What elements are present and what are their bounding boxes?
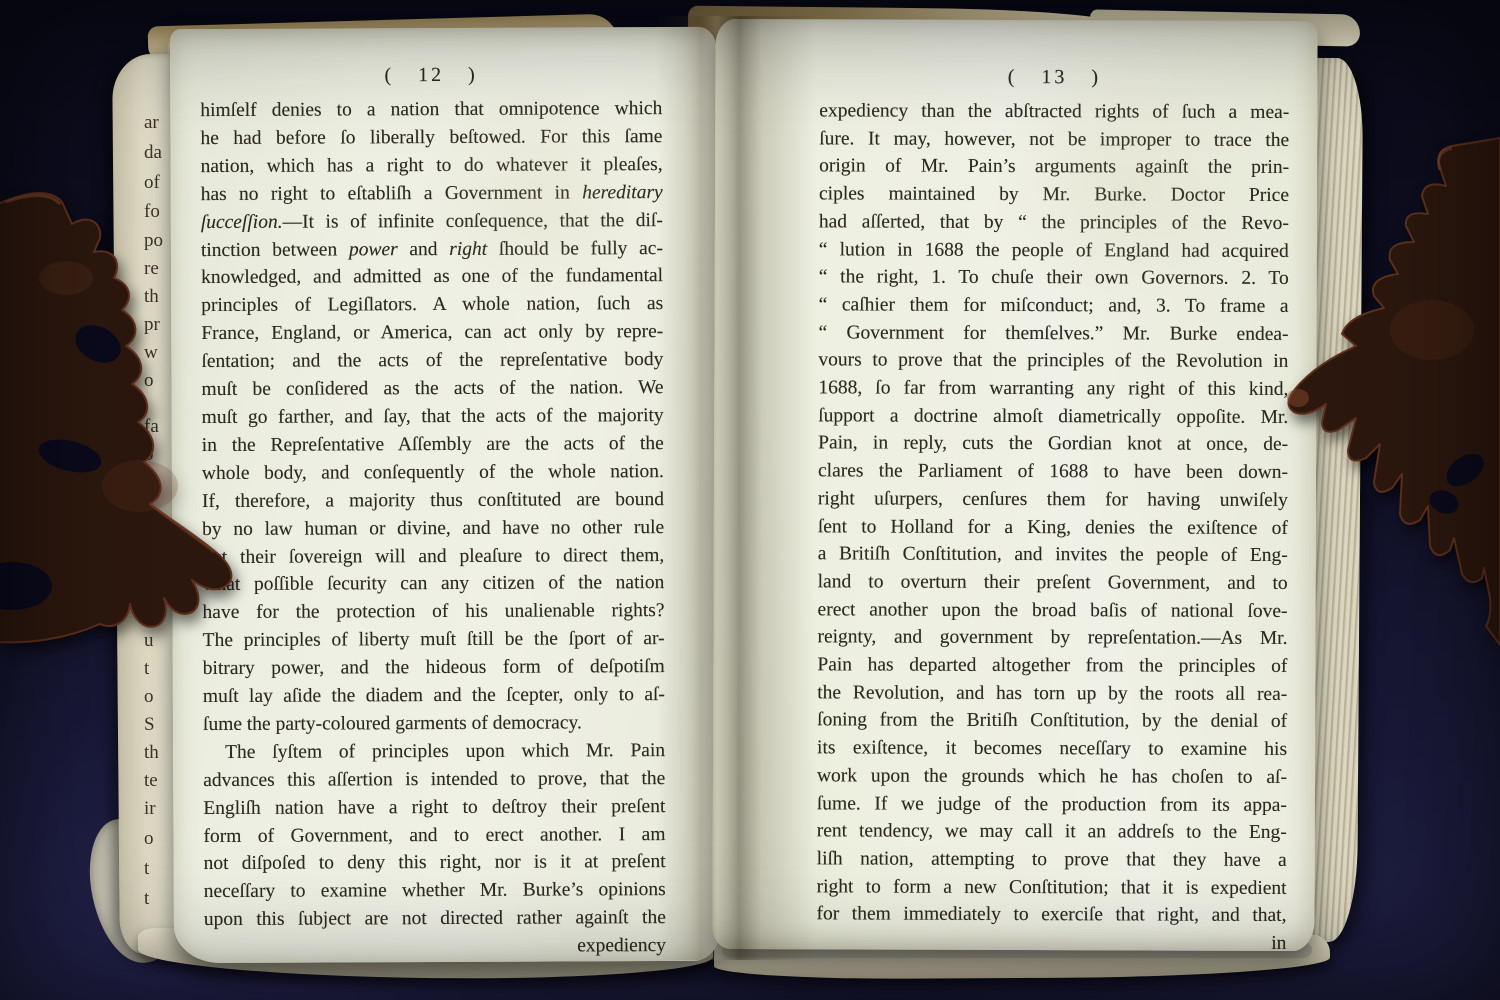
text-line: “ caſhier them for miſconduct; and, 3. T… [819, 291, 1289, 320]
text-line: has no right to eſtabliſh a Government i… [201, 179, 663, 209]
text-line: clares the Parliament of 1688 to have be… [818, 457, 1288, 486]
text-line: had aſſerted, that by “ the principles o… [819, 208, 1289, 237]
text-line: The ſyſtem of principles upon which Mr. … [203, 737, 665, 767]
book-photo: ardaoffoporethprwofabutrtiutoSthteirott … [0, 0, 1500, 1000]
text-line: a Britiſh Conſtitution, and invites the … [818, 541, 1288, 570]
text-line: “ the right, 1. To chuſe their own Gover… [819, 264, 1289, 293]
left-metal-clasp [0, 186, 244, 648]
text-line: advances this aſſertion is intended to p… [203, 765, 665, 795]
text-line: ſure. It may, however, not be improper t… [819, 125, 1289, 154]
page-12: ( 12 ) himſelf denies to a nation that o… [170, 27, 720, 963]
text-line: ciples maintained by Mr. Burke. Doctor P… [819, 180, 1289, 209]
text-line: muſt lay aſide the diadem and the ſcepte… [203, 681, 665, 711]
text-line: in the Repreſentative Aſſembly are the a… [202, 430, 664, 460]
text-line: liſh nation, attempting to prove that th… [817, 845, 1287, 874]
catchword: expediency [204, 932, 666, 962]
text-line: ſume the party-coloured garments of demo… [203, 709, 665, 739]
text-line: muſt go farther, and ſay, that the acts … [202, 402, 664, 432]
text-line: knowledged, and admitted as one of the f… [201, 262, 663, 292]
page-13-lines: expediency than the abſtracted rights of… [816, 97, 1289, 957]
catchword: in [816, 928, 1286, 957]
text-line: have for the protection of his unalienab… [202, 597, 664, 627]
text-line: “ Government for themſelves.” Mr. Burke … [818, 319, 1288, 348]
text-line: neceſſary to examine whether Mr. Burke’s… [204, 876, 666, 906]
text-line: rent tendency, we may call it an addreſs… [817, 818, 1287, 847]
text-line: erect another upon the broad baſis of na… [818, 596, 1288, 625]
text-line: himſelf denies to a nation that omnipote… [200, 95, 662, 125]
text-line: Pain, in reply, cuts the Gordian knot at… [818, 430, 1288, 459]
text-line: “ lution in 1688 the people of England h… [819, 236, 1289, 265]
text-line: muſt be conſidered as the acts of the na… [201, 374, 663, 404]
text-line: upon this ſubject are not directed rathe… [204, 904, 666, 934]
text-line: for them immediately to exerciſe that ri… [816, 901, 1286, 930]
page-13: ( 13 ) expediency than the abſtracted ri… [712, 19, 1317, 951]
page-number-13: ( 13 ) [819, 63, 1289, 91]
text-line: reignty, and government by repreſentatio… [817, 624, 1287, 653]
text-line: what poſſible ſecurity can any citizen o… [202, 569, 664, 599]
text-line: bitrary power, and the hideous form of d… [203, 653, 665, 683]
page-12-lines: himſelf denies to a nation that omnipote… [200, 95, 666, 962]
text-line: ſume. If we judge of the production from… [817, 790, 1287, 819]
text-line: France, England, or America, can act onl… [201, 318, 663, 348]
text-line: he had before ſo liberally beſtowed. For… [200, 123, 662, 153]
text-line: expediency than the abſtracted rights of… [819, 97, 1289, 126]
text-line: not diſpoſed to deny this right, nor is … [204, 849, 666, 879]
text-line: ſucceſſion.—It is of infinite conſequenc… [201, 207, 663, 237]
text-line: right uſurpers, cenſures them for having… [818, 485, 1288, 514]
text-line: principles of Legiſlators. A whole natio… [201, 290, 663, 320]
text-line: ſoning from the Britiſh Conſtitution, by… [817, 707, 1287, 736]
text-line: The principles of liberty muſt ſtill be … [203, 625, 665, 655]
text-line: whole body, and conſequently of the whol… [202, 458, 664, 488]
text-line: If, therefore, a majority thus conſtitut… [202, 486, 664, 516]
text-line: right to form a new Conſtitution; that i… [817, 873, 1287, 902]
text-line: but their ſovereign will and pleaſure to… [202, 542, 664, 572]
text-line: vours to prove that the principles of th… [818, 347, 1288, 376]
text-line: ſupport a doctrine almoſt diametrically … [818, 402, 1288, 431]
text-line: form of Government, and to erect another… [203, 821, 665, 851]
text-line: tinction between power and right ſhould … [201, 235, 663, 265]
text-line: Engliſh nation have a right to deſtroy t… [203, 793, 665, 823]
text-line: ſent to Holland for a King, denies the e… [818, 513, 1288, 542]
text-line: work upon the grounds which he has choſe… [817, 762, 1287, 791]
text-line: the Revolution, and has torn up by the r… [817, 679, 1287, 708]
text-line: its exiſtence, it becomes neceſſary to e… [817, 734, 1287, 763]
text-line: by no law human or divine, and have no o… [202, 514, 664, 544]
text-line: 1688, ſo far from warranting any right o… [818, 374, 1288, 403]
text-line: nation, which has a right to do whatever… [201, 151, 663, 181]
page-13-text: ( 13 ) expediency than the abſtracted ri… [816, 63, 1289, 957]
page-number-12: ( 12 ) [200, 61, 662, 89]
text-line: ſentation; and the acts of the repreſent… [201, 346, 663, 376]
page-12-text: ( 12 ) himſelf denies to a nation that o… [200, 61, 666, 962]
right-metal-clasp [1282, 130, 1500, 650]
text-line: Pain has departed altogether from the pr… [817, 651, 1287, 680]
text-line: land to overturn their preſent Governmen… [818, 568, 1288, 597]
text-line: origin of Mr. Pain’s arguments againſt t… [819, 153, 1289, 182]
